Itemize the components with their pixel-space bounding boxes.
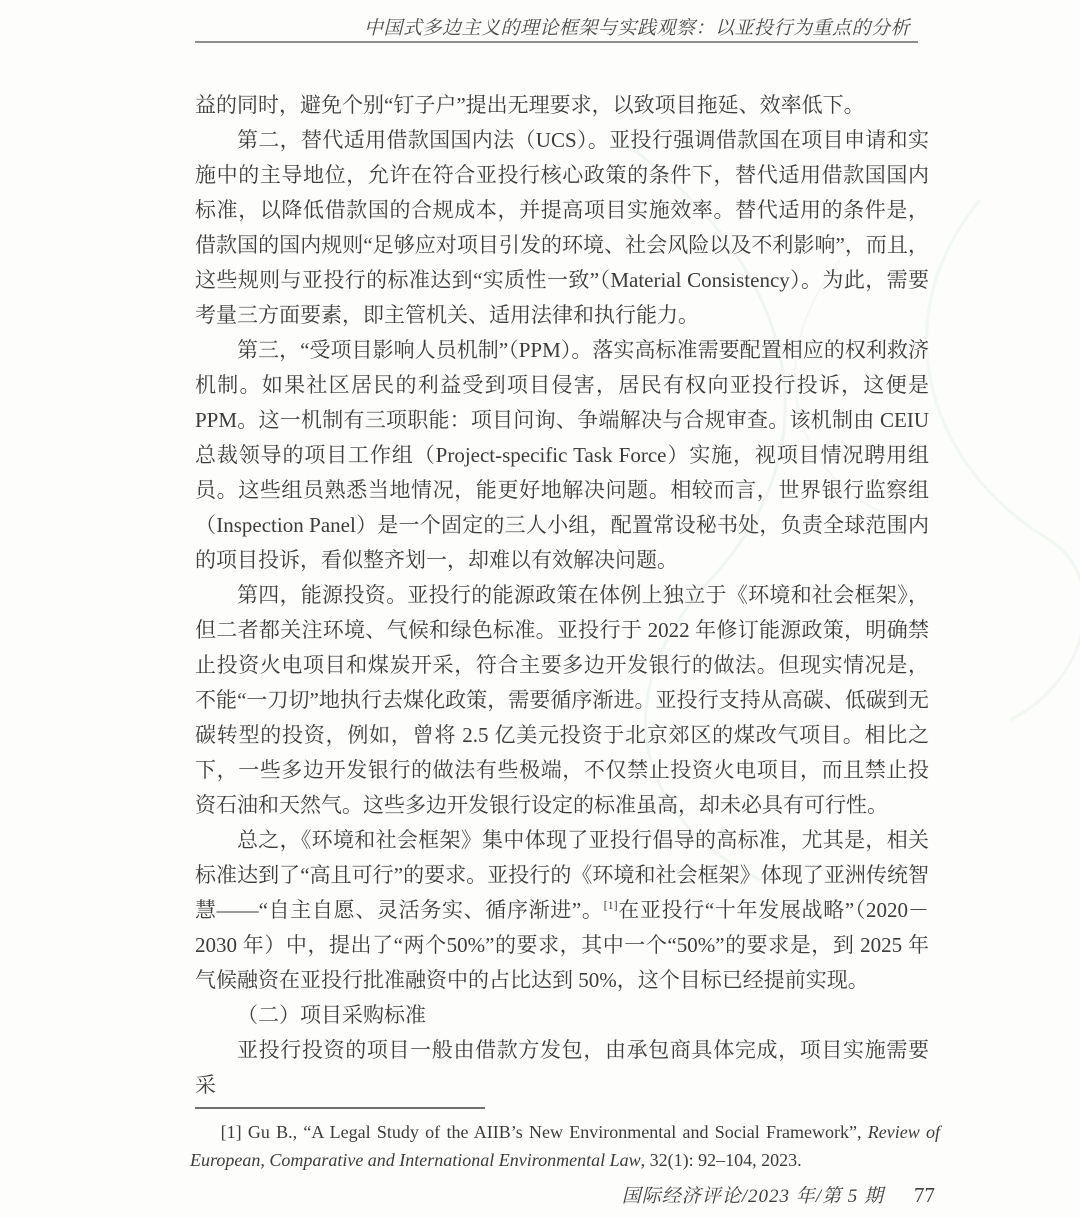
paragraph-fourth-point: 第四，能源投资。亚投行的能源政策在体例上独立于《环境和社会框架》，但二者都关注环… xyxy=(195,578,929,823)
header-rule xyxy=(195,41,918,43)
paragraph-continuation: 益的同时，避免个别“钉子户”提出无理要求，以致项目拖延、效率低下。 xyxy=(195,88,929,123)
footer-page-number: 77 xyxy=(914,1183,935,1208)
running-head-title: 中国式多边主义的理论框架与实践观察：以亚投行为重点的分析 xyxy=(364,13,910,40)
footnote-citation-text: [1] Gu B., “A Legal Study of the AIIB’s … xyxy=(221,1122,868,1142)
footnote-citation-volume: , 32(1): 92–104, 2023. xyxy=(641,1150,802,1170)
section-subheading: （二）项目采购标准 xyxy=(195,998,929,1033)
footnote-reference-marker: [1] xyxy=(604,898,618,912)
footnote: [1] Gu B., “A Legal Study of the AIIB’s … xyxy=(190,1118,940,1174)
footnote-separator-rule xyxy=(195,1107,485,1109)
footer-journal-info: 国际经济评论/2023 年/第 5 期 xyxy=(622,1181,884,1208)
page-footer: 国际经济评论/2023 年/第 5 期 77 xyxy=(622,1181,935,1208)
paragraph-third-point: 第三，“受项目影响人员机制”（PPM）。落实高标准需要配置相应的权利救济机制。如… xyxy=(195,333,929,578)
article-body: 益的同时，避免个别“钉子户”提出无理要求，以致项目拖延、效率低下。 第二，替代适… xyxy=(195,88,929,1103)
journal-page: 中国式多边主义的理论框架与实践观察：以亚投行为重点的分析 益的同时，避免个别“钉… xyxy=(0,0,1080,1218)
paragraph-procurement: 亚投行投资的项目一般由借款方发包，由承包商具体完成，项目实施需要采 xyxy=(195,1033,929,1103)
paragraph-second-point: 第二，替代适用借款国国内法（UCS）。亚投行强调借款国在项目申请和实施中的主导地… xyxy=(195,123,929,333)
paragraph-summary: 总之，《环境和社会框架》集中体现了亚投行倡导的高标准，尤其是，相关标准达到了“高… xyxy=(195,823,929,998)
